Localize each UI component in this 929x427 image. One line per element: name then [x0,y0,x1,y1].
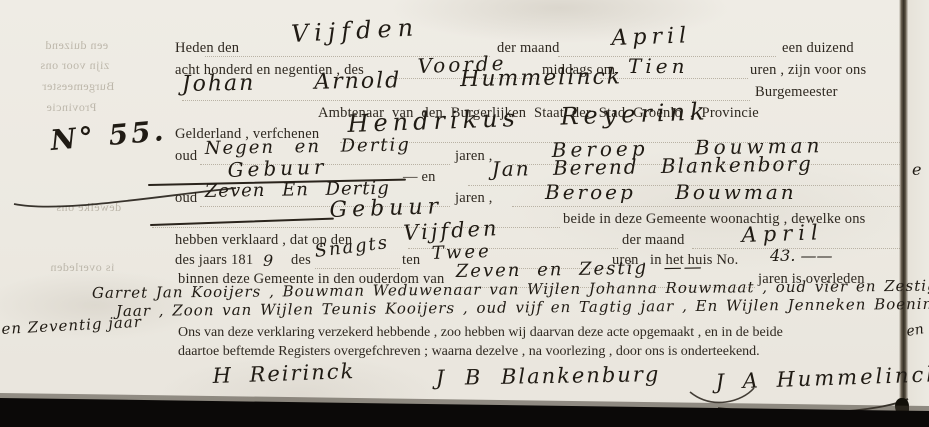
entry-witness1-name: Hendrikus Reyerink [347,97,710,138]
entry-day-1: Vijfden [291,13,420,48]
printed-des-jaars-181: des jaars 181 [175,252,253,269]
printed-ten: ten [402,252,420,269]
entry-year-digit: 9 [263,251,273,270]
bleedthrough-text: is overleden [50,260,114,275]
printed-des-2: des [291,252,311,269]
signature-witness1: H Reirinck [212,359,355,388]
entry-month-2: April [741,220,824,247]
printed-en: — en [403,169,436,186]
entry-house-number: 43. —— [770,246,833,265]
printed-oud-1: oud [175,148,197,165]
act-number: N° 55. [49,114,167,157]
entry-month-1: April [611,23,691,51]
printed-der-maand-2: der maand [622,232,685,249]
bleedthrough-text: dewelke ons [56,200,121,215]
printed-der-maand: der maand [497,40,560,57]
entry-witness2-occupation: Beroep Bouwman [545,180,797,204]
bleedthrough-text: een duizend [45,38,108,53]
printed-jaren-2: jaren , [455,190,493,207]
form-rule [512,206,900,207]
ink-stroke [150,218,334,226]
entry-margin-overflow: en Zeventig jaar [1,313,142,338]
death-record-scan: een duizend zijn voor ons Burgemeester P… [0,0,929,427]
form-rule [315,268,400,269]
printed-uren-voor-ons: uren , zijn voor ons [750,62,866,79]
strip-ink-fragment: en [905,321,925,340]
signature-witness2: J B Blankenburg [436,362,661,390]
printed-jaren-1: jaren , [455,148,493,165]
entry-hour-1: Tien [628,54,688,78]
printed-burgemeester: Burgemeester [755,84,838,101]
bleedthrough-text: zijn voor ons [40,58,109,73]
signature-official: J A Hummelinck [715,362,929,394]
printed-heden-den: Heden den [175,40,239,57]
bleedthrough-text: Provincie [46,100,97,115]
printed-een-duizend: een duizend [782,40,854,57]
entry-witness2-name: Jan Berend Blankenborg [492,151,813,181]
entry-witness1-relation: Gebuur [227,155,328,182]
entry-witness2-relation: Gebuur [329,194,443,223]
printed-ons-verklaring: Ons van deze verklaring verzekerd hebben… [178,325,783,341]
printed-registers-line: daartoe beftemde Registers overgefchreve… [178,344,760,360]
printed-oud-2: oud [175,190,197,207]
bleedthrough-text: Burgemeester [42,79,114,94]
strip-ink-fragment: e [912,160,921,179]
